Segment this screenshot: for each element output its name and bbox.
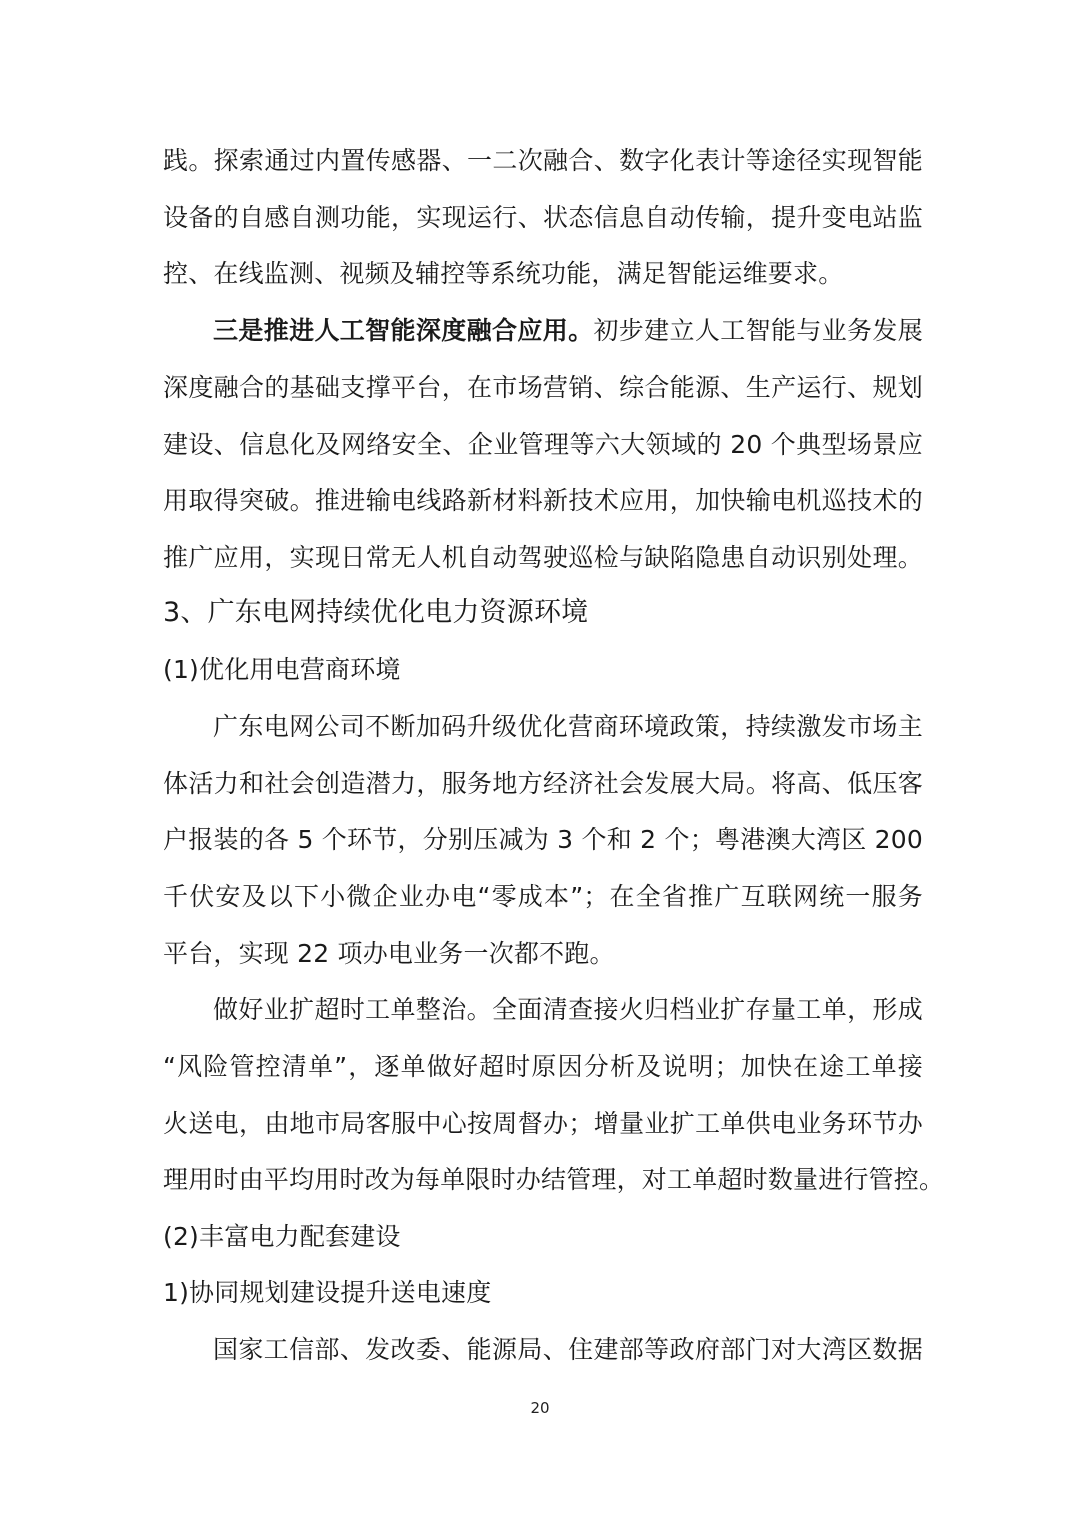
paragraph-line: 设备的自感自测功能，实现运行、状态信息自动传输，提升变电站监 bbox=[163, 201, 923, 235]
paragraph-line: 深度融合的基础支撑平台，在市场营销、综合能源、生产运行、规划 bbox=[163, 371, 923, 405]
paragraph-lead-rest: 初步建立人工智能与业务发展 bbox=[593, 316, 923, 345]
paragraph-line: 广东电网公司不断加码升级优化营商环境政策，持续激发市场主 bbox=[213, 710, 923, 744]
subsubsection-heading: 1)协同规划建设提升送电速度 bbox=[163, 1276, 923, 1310]
paragraph-line: “风险管控清单”，逐单做好超时原因分析及说明；加快在途工单接 bbox=[163, 1050, 923, 1084]
paragraph-line: 做好业扩超时工单整治。全面清查接火归档业扩存量工单，形成 bbox=[213, 993, 923, 1027]
paragraph-line: 户报装的各 5 个环节，分别压减为 3 个和 2 个；粤港澳大湾区 200 bbox=[163, 823, 923, 857]
paragraph-line: 火送电，由地市局客服中心按周督办；增量业扩工单供电业务环节办 bbox=[163, 1107, 923, 1141]
subsection-heading: (2)丰富电力配套建设 bbox=[163, 1220, 923, 1254]
paragraph-lead-line: 三是推进人工智能深度融合应用。初步建立人工智能与业务发展 bbox=[213, 314, 923, 348]
paragraph-line: 推广应用，实现日常无人机自动驾驶巡检与缺陷隐患自动识别处理。 bbox=[163, 541, 923, 575]
section-heading: 3、广东电网持续优化电力资源环境 bbox=[163, 596, 923, 630]
paragraph-lead-bold: 三是推进人工智能深度融合应用。 bbox=[213, 316, 593, 345]
paragraph-line: 用取得突破。推进输电线路新材料新技术应用，加快输电机巡技术的 bbox=[163, 484, 923, 518]
subsection-heading: (1)优化用电营商环境 bbox=[163, 653, 923, 687]
paragraph-line: 体活力和社会创造潜力，服务地方经济社会发展大局。将高、低压客 bbox=[163, 767, 923, 801]
page-number: 20 bbox=[0, 1398, 1080, 1418]
paragraph-line: 理用时由平均用时改为每单限时办结管理，对工单超时数量进行管控。 bbox=[163, 1163, 923, 1197]
paragraph-line: 平台，实现 22 项办电业务一次都不跑。 bbox=[163, 937, 923, 971]
paragraph-line: 控、在线监测、视频及辅控等系统功能，满足智能运维要求。 bbox=[163, 257, 923, 291]
paragraph-line: 践。探索通过内置传感器、一二次融合、数字化表计等途径实现智能 bbox=[163, 144, 923, 178]
paragraph-line: 国家工信部、发改委、能源局、住建部等政府部门对大湾区数据 bbox=[213, 1333, 923, 1367]
paragraph-line: 建设、信息化及网络安全、企业管理等六大领域的 20 个典型场景应 bbox=[163, 428, 923, 462]
document-page: 践。探索通过内置传感器、一二次融合、数字化表计等途径实现智能 设备的自感自测功能… bbox=[0, 0, 1080, 1527]
paragraph-line: 千伏安及以下小微企业办电“零成本”；在全省推广互联网统一服务 bbox=[163, 880, 923, 914]
